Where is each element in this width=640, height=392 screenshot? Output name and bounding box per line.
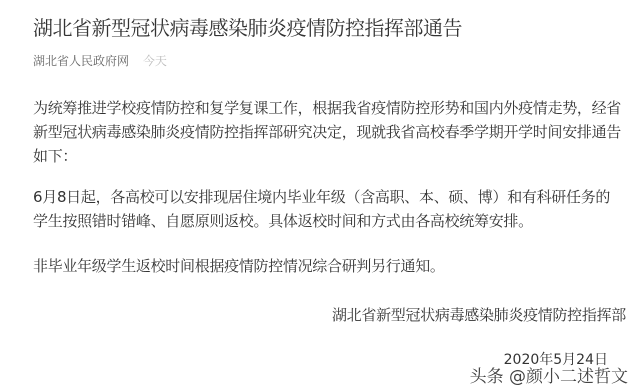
paragraph-intro: 为统筹推进学校疫情防控和复学复课工作，根据我省疫情防控形势和国内外疫情走势，经省…	[33, 96, 623, 168]
paragraph-graduates: 6月8日起，各高校可以安排现居住境内毕业年级（含高职、本、硕、博）和有科研任务的…	[33, 185, 623, 233]
article-title: 湖北省新型冠状病毒感染肺炎疫情防控指挥部通告	[33, 12, 462, 41]
publish-time: 今天	[143, 54, 167, 68]
source-link[interactable]: 湖北省人民政府网	[33, 54, 129, 68]
paragraph-non-graduates: 非毕业年级学生返校时间根据疫情防控情况综合研判另行通知。	[33, 254, 623, 278]
signature: 湖北省新型冠状病毒感染肺炎疫情防控指挥部	[332, 304, 626, 325]
article-meta: 湖北省人民政府网 今天	[33, 52, 167, 69]
watermark: 头条 @颜小二述哲文	[470, 362, 628, 387]
